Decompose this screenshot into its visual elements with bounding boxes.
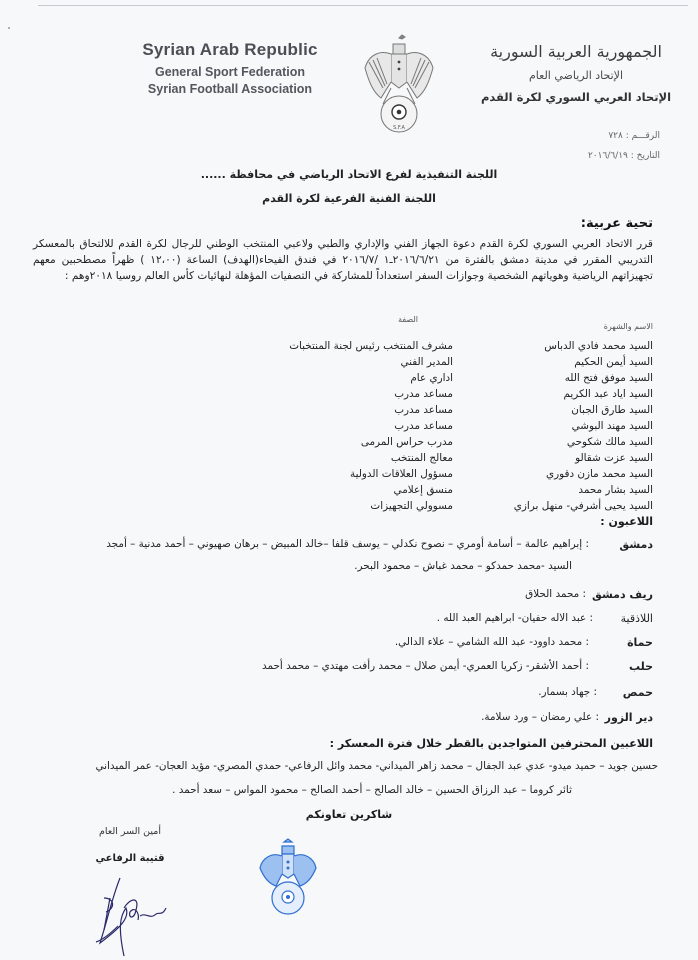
staff-role: معالج المنتخب bbox=[253, 452, 453, 468]
region-name: حلب bbox=[603, 660, 653, 673]
staff-name: السيد عزت شقالو bbox=[493, 452, 653, 468]
staff-role: مساعد مدرب bbox=[253, 404, 453, 420]
region-row-rif-dimashq: ريف دمشق : محمد الحلاق bbox=[525, 588, 653, 601]
document-date: التاريخ : ٢٠١٦/٦/١٩ bbox=[588, 146, 660, 166]
eagle-emblem-icon: S.F.A bbox=[363, 32, 435, 137]
scan-speck bbox=[8, 27, 10, 29]
staff-role: مشرف المنتخب رئيس لجنة المنتخبات bbox=[253, 340, 453, 356]
staff-name: السيد بشار محمد bbox=[493, 484, 653, 500]
staff-role: المدير الفني bbox=[253, 356, 453, 372]
staff-row: السيد محمد مازن دقوريمسؤول العلاقات الدو… bbox=[183, 468, 653, 484]
stamp-emblem-icon bbox=[258, 838, 318, 918]
greeting: تحية عربية: bbox=[581, 216, 653, 231]
top-divider bbox=[38, 5, 688, 6]
letterhead-ar-line2: الإتحاد العربي السوري لكرة القدم bbox=[466, 90, 686, 104]
staff-name: السيد أيمن الحكيم bbox=[493, 356, 653, 372]
region-players: : جهاد بسمار. bbox=[538, 686, 597, 699]
letterhead-en-line1: General Sport Federation bbox=[135, 65, 325, 79]
region-row-homs: حمص : جهاد بسمار. bbox=[538, 686, 653, 699]
column-header-name: الاسم والشهرة bbox=[604, 322, 653, 331]
letterhead-english: Syrian Arab Republic General Sport Feder… bbox=[135, 40, 325, 96]
handwritten-signature-icon bbox=[90, 868, 180, 958]
staff-role: مسوولي التجهيزات bbox=[253, 500, 453, 516]
letterhead-ar-line1: الإتحاد الرياضي العام bbox=[466, 69, 686, 82]
region-row-deir-ez-zor: دير الزور : علي رمضان – ورد سلامة. bbox=[481, 711, 653, 724]
staff-role: منسق إعلامي bbox=[253, 484, 453, 500]
staff-name: السيد موفق فتح الله bbox=[493, 372, 653, 388]
region-name: حمص bbox=[603, 686, 653, 699]
region-row-aleppo: حلب : أحمد الأشقر- زكريا العمري- أيمن صل… bbox=[262, 660, 653, 673]
region-name: دير الزور bbox=[603, 711, 653, 724]
professionals-line-1: حسين جويد – حميد ميدو- عدي عبد الجفال – … bbox=[95, 760, 658, 772]
staff-name: السيد مالك شكوحي bbox=[493, 436, 653, 452]
body-paragraph: قرر الاتحاد العربي السوري لكرة القدم دعو… bbox=[33, 236, 653, 284]
region-players: : عبد الاله حفيان- ابراهيم العبد الله . bbox=[437, 612, 593, 625]
document-page: Syrian Arab Republic General Sport Feder… bbox=[0, 0, 698, 960]
staff-name: السيد يحيى أشرفي- منهل برازي bbox=[493, 500, 653, 516]
staff-name: السيد طارق الجبان bbox=[493, 404, 653, 420]
addressee-line-2: اللجنة الفنية الفرعية لكرة القدم bbox=[0, 192, 698, 205]
region-players: : محمد داوود- عبد الله الشامي – علاء الد… bbox=[395, 636, 589, 649]
staff-row: السيد اياد عبد الكريممساعد مدرب bbox=[183, 388, 653, 404]
region-row-hama: حماة : محمد داوود- عبد الله الشامي – علا… bbox=[395, 636, 653, 649]
signatory-name: قتيبة الرفاعي bbox=[90, 853, 170, 864]
region-players: : محمد الحلاق bbox=[525, 588, 586, 601]
staff-row: السيد أيمن الحكيمالمدير الفني bbox=[183, 356, 653, 372]
staff-row: السيد موفق فتح اللهاداري عام bbox=[183, 372, 653, 388]
staff-name: السيد مهند البوشي bbox=[493, 420, 653, 436]
staff-name: السيد اياد عبد الكريم bbox=[493, 388, 653, 404]
letterhead-en-line2: Syrian Football Association bbox=[135, 82, 325, 96]
reference-block: الرقـــم : ٧٢٨ التاريخ : ٢٠١٦/٦/١٩ bbox=[588, 126, 660, 166]
closing-thanks: شاكرين تعاونكم bbox=[0, 808, 698, 821]
staff-role: مدرب حراس المرمى bbox=[253, 436, 453, 452]
region-players-continuation: السيد -محمد حمدكو – محمد غباش – محمود ال… bbox=[354, 560, 572, 572]
region-row-latakia: اللاذقية : عبد الاله حفيان- ابراهيم العب… bbox=[437, 612, 653, 625]
staff-row: السيد محمد فادي الدباسمشرف المنتخب رئيس … bbox=[183, 340, 653, 356]
staff-row: السيد مالك شكوحيمدرب حراس المرمى bbox=[183, 436, 653, 452]
staff-role: اداري عام bbox=[253, 372, 453, 388]
svg-text:S.F.A: S.F.A bbox=[393, 125, 405, 131]
staff-row: السيد يحيى أشرفي- منهل برازيمسوولي التجه… bbox=[183, 500, 653, 516]
professionals-title: اللاعبين المحترفين المتواجدين بالقطر خلا… bbox=[330, 737, 653, 750]
staff-name: السيد محمد مازن دقوري bbox=[493, 468, 653, 484]
staff-name: السيد محمد فادي الدباس bbox=[493, 340, 653, 356]
staff-role: مساعد مدرب bbox=[253, 388, 453, 404]
region-players: : علي رمضان – ورد سلامة. bbox=[481, 711, 599, 724]
letterhead-arabic: الجمهورية العربية السورية الإتحاد الرياض… bbox=[466, 42, 686, 104]
region-players: : أحمد الأشقر- زكريا العمري- أيمن صلال –… bbox=[262, 660, 589, 673]
staff-role: مسؤول العلاقات الدولية bbox=[253, 468, 453, 484]
region-name: حماة bbox=[603, 636, 653, 649]
staff-table: السيد محمد فادي الدباسمشرف المنتخب رئيس … bbox=[183, 340, 653, 516]
region-name: ريف دمشق bbox=[592, 588, 653, 601]
staff-row: السيد بشار محمدمنسق إعلامي bbox=[183, 484, 653, 500]
region-name: اللاذقية bbox=[603, 612, 653, 625]
region-players: : إبراهيم عالمة – أسامة أومري – نصوح نكد… bbox=[106, 538, 589, 551]
signatory-title: أمين السر العام bbox=[90, 826, 170, 837]
column-header-role: الصفة bbox=[398, 315, 418, 324]
staff-row: السيد طارق الجبانمساعد مدرب bbox=[183, 404, 653, 420]
letterhead-en-title: Syrian Arab Republic bbox=[135, 40, 325, 60]
addressee-line-1: اللجنة التنفيذية لفرع الاتحاد الرياضي في… bbox=[0, 168, 698, 181]
professionals-line-2: ثائر كروما – عبد الرزاق الحسين – خالد ال… bbox=[172, 784, 572, 796]
letterhead-ar-title: الجمهورية العربية السورية bbox=[466, 42, 686, 61]
staff-row: السيد عزت شقالومعالج المنتخب bbox=[183, 452, 653, 468]
region-name: دمشق bbox=[603, 538, 653, 551]
region-row-damascus: دمشق : إبراهيم عالمة – أسامة أومري – نصو… bbox=[106, 538, 653, 551]
staff-row: السيد مهند البوشيمساعد مدرب bbox=[183, 420, 653, 436]
staff-role: مساعد مدرب bbox=[253, 420, 453, 436]
players-label: اللاعبون : bbox=[600, 515, 653, 528]
reference-number: الرقـــم : ٧٢٨ bbox=[588, 126, 660, 146]
